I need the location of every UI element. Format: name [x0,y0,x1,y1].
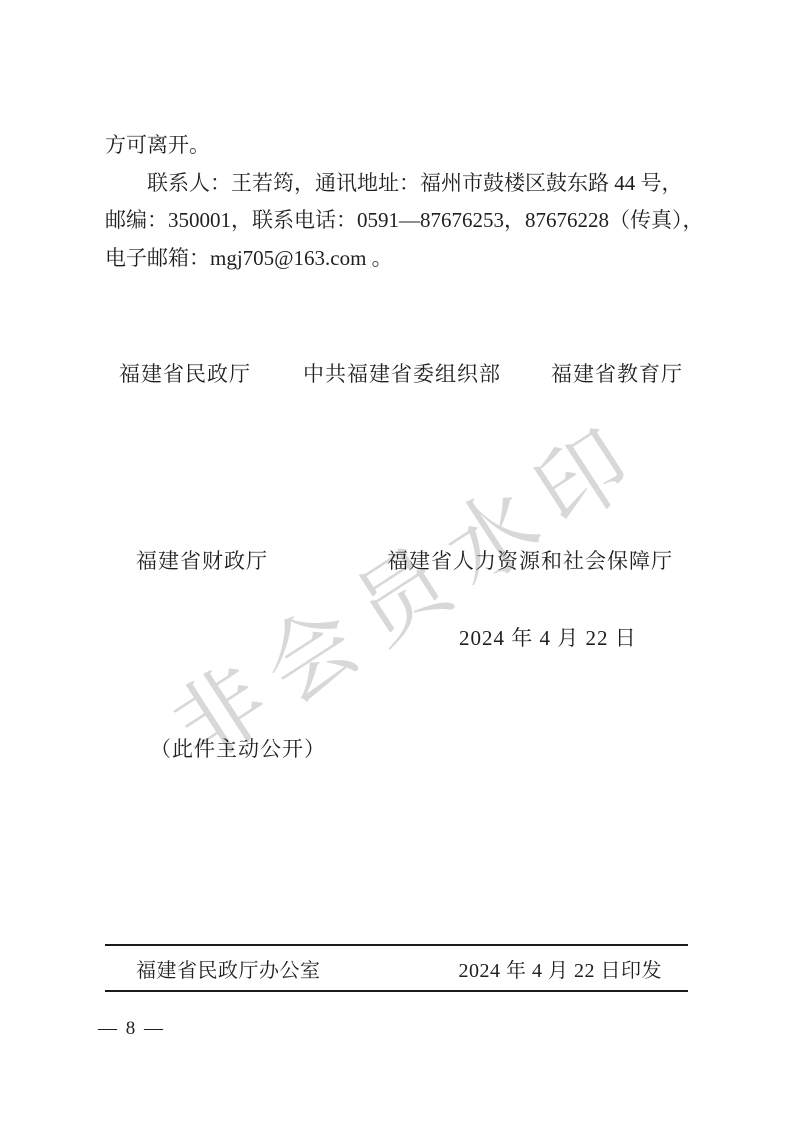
footer-print-date: 2024 年 4 月 22 日印发 [459,954,663,983]
signature-org-education: 福建省教育厅 [551,358,683,388]
paragraph-line-contact: 联系人：王若筠，通讯地址：福州市鼓楼区鼓东路 44 号， [105,165,705,203]
signature-row-2: 福建省财政厅 福建省人力资源和社会保障厅 [0,545,794,575]
signature-org-civil-affairs: 福建省民政厅 [119,358,251,388]
page-content: 方可离开。 联系人：王若筠，通讯地址：福州市鼓楼区鼓东路 44 号， 邮编：35… [0,0,794,1123]
footer-issuer: 福建省民政厅办公室 [136,954,321,983]
paragraph-line-email: 电子邮箱：mgj705@163.com 。 [105,240,705,278]
signature-org-organization-dept: 中共福建省委组织部 [303,358,501,388]
contact-paragraph: 方可离开。 联系人：王若筠，通讯地址：福州市鼓楼区鼓东路 44 号， 邮编：35… [105,127,705,277]
signature-org-finance: 福建省财政厅 [136,545,268,575]
footer-colophon: 福建省民政厅办公室 2024 年 4 月 22 日印发 [105,944,688,992]
signature-org-human-resources: 福建省人力资源和社会保障厅 [387,545,673,575]
paragraph-line-closing: 方可离开。 [105,127,705,165]
paragraph-line-phone: 邮编：350001，联系电话：0591—87676253，87676228（传真… [105,202,705,240]
disclosure-note: （此件主动公开） [150,733,326,763]
signature-date: 2024 年 4 月 22 日 [459,622,637,652]
document-page: 非会员水印 方可离开。 联系人：王若筠，通讯地址：福州市鼓楼区鼓东路 44 号，… [0,0,794,1123]
page-number: — 8 — [98,1018,165,1040]
signature-row-1: 福建省民政厅 中共福建省委组织部 福建省教育厅 [0,358,794,388]
